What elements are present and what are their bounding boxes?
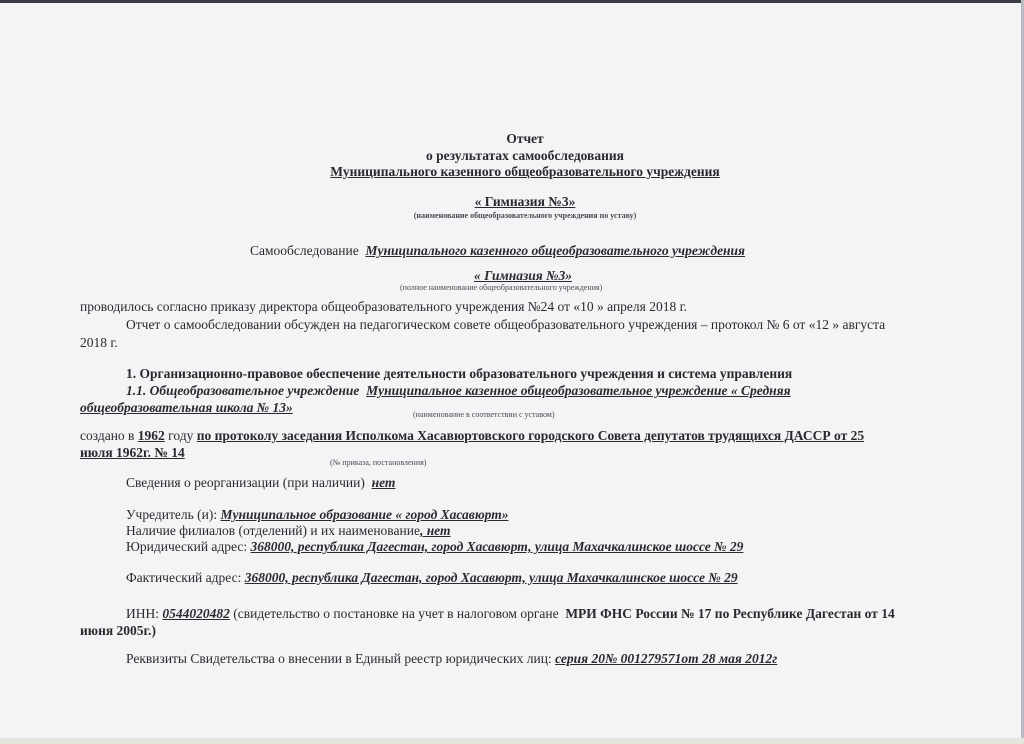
created-mid: году bbox=[168, 428, 193, 443]
selfexam-council-year: 2018 г. bbox=[80, 335, 118, 351]
selfexam-line: Самообследование Муниципального казенног… bbox=[250, 243, 745, 259]
inn-value: 0544020482 bbox=[162, 606, 230, 621]
created-prefix: создано в bbox=[80, 428, 134, 443]
inn-authority: МРИ ФНС России № 17 по Республике Дагест… bbox=[565, 606, 894, 621]
section1-sub-caption: (наименование в соответствии с уставом) bbox=[413, 410, 555, 419]
section1-sub-value-cont: общеобразовательная школа № 13» bbox=[80, 400, 293, 416]
created-year: 1962 bbox=[138, 428, 165, 443]
inn-line: ИНН: 0544020482 (свидетельство о постано… bbox=[126, 606, 895, 622]
doc-title: Отчет bbox=[80, 131, 970, 147]
created-caption: (№ приказа, постановления) bbox=[330, 458, 426, 467]
section1-sub-label: 1.1. Общеобразовательное учреждение bbox=[126, 383, 359, 398]
reorg-value: нет bbox=[372, 475, 396, 490]
doc-org-type: Муниципального казенного общеобразовател… bbox=[80, 164, 970, 180]
selfexam-order-line: проводилось согласно приказу директора о… bbox=[80, 299, 687, 315]
created-basis-cont: июля 1962г. № 14 bbox=[80, 445, 185, 461]
branches-label: Наличие филиалов (отделений) и их наимен… bbox=[126, 523, 420, 538]
egrul-label: Реквизиты Свидетельства о внесении в Еди… bbox=[126, 651, 552, 666]
doc-org-name: « Гимназия №3» bbox=[80, 194, 970, 210]
selfexam-org-name: « Гимназия №3» bbox=[474, 268, 572, 284]
created-line: создано в 1962 году по протоколу заседан… bbox=[80, 428, 864, 444]
section1-sub-line: 1.1. Общеобразовательное учреждение Муни… bbox=[126, 383, 791, 399]
doc-subtitle: о результатах самообследования bbox=[80, 148, 970, 164]
actual-address-label: Фактический адрес: bbox=[126, 570, 241, 585]
doc-org-name-caption: (наименование общеобразовательного учреж… bbox=[80, 211, 970, 220]
branches-value: , нет bbox=[420, 523, 451, 538]
selfexam-council-line: Отчет о самообследовании обсужден на пед… bbox=[126, 317, 885, 333]
selfexam-caption: (полное наименование общеобразовательног… bbox=[400, 283, 602, 292]
reorg-label: Сведения о реорганизации (при наличии) bbox=[126, 475, 365, 490]
reorg-line: Сведения о реорганизации (при наличии) н… bbox=[126, 475, 395, 491]
founder-value: Муниципальное образование « город Хасавю… bbox=[221, 507, 509, 522]
inn-authority-cont: июня 2005г.) bbox=[80, 623, 156, 639]
section1-sub-value: Муниципальное казенное общеобразовательн… bbox=[366, 383, 790, 398]
inn-label: ИНН: bbox=[126, 606, 159, 621]
egrul-value: серия 20№ 001279571от 28 мая 2012г bbox=[555, 651, 777, 666]
founder-label: Учредитель (и): bbox=[126, 507, 217, 522]
legal-address-value: 368000, республика Дагестан, город Хасав… bbox=[251, 539, 744, 554]
founder-line: Учредитель (и): Муниципальное образовани… bbox=[126, 507, 509, 523]
legal-address-line: Юридический адрес: 368000, республика Да… bbox=[126, 539, 743, 555]
legal-address-label: Юридический адрес: bbox=[126, 539, 247, 554]
selfexam-label: Самообследование bbox=[250, 243, 359, 258]
inn-note: (свидетельство о постановке на учет в на… bbox=[233, 606, 558, 621]
egrul-line: Реквизиты Свидетельства о внесении в Еди… bbox=[126, 651, 777, 667]
section1-heading: 1. Организационно-правовое обеспечение д… bbox=[126, 366, 792, 382]
selfexam-org-type: Муниципального казенного общеобразовател… bbox=[365, 243, 745, 258]
actual-address-line: Фактический адрес: 368000, республика Да… bbox=[126, 570, 738, 586]
document-page: Отчет о результатах самообследования Мун… bbox=[80, 0, 970, 744]
actual-address-value: 368000, республика Дагестан, город Хасав… bbox=[245, 570, 738, 585]
created-basis: по протоколу заседания Исполкома Хасавюр… bbox=[197, 428, 864, 443]
branches-line: Наличие филиалов (отделений) и их наимен… bbox=[126, 523, 451, 539]
